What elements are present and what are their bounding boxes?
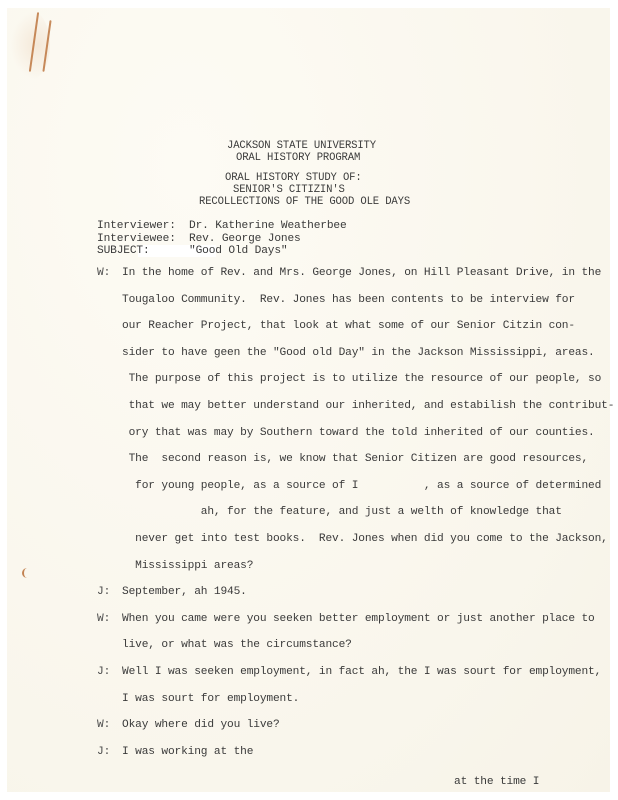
- transcript-line: Tougaloo Community. Rev. Jones has been …: [122, 295, 575, 306]
- speaker-label: W:: [97, 614, 110, 625]
- transcript-line: Mississippi areas?: [122, 561, 253, 572]
- interviewer-name: Dr. Katherine Weatherbee: [189, 221, 347, 232]
- subject-label: SUBJECT:: [97, 246, 150, 257]
- speaker-label: J:: [97, 587, 110, 598]
- transcript-line: sider to have geen the "Good old Day" in…: [122, 348, 595, 359]
- trailing-fragment: at the time I: [454, 777, 539, 788]
- speaker-label: W:: [97, 720, 110, 731]
- speaker-label: W:: [97, 268, 110, 279]
- interviewee-label: Interviewee:: [97, 234, 176, 245]
- transcript-line: The second reason is, we know that Senio…: [122, 454, 588, 465]
- transcript-line: In the home of Rev. and Mrs. George Jone…: [122, 268, 601, 279]
- program-title: ORAL HISTORY PROGRAM: [236, 153, 360, 164]
- transcript-line: never get into test books. Rev. Jones wh…: [122, 534, 608, 545]
- transcript-line: for young people, as a source of I , as …: [122, 481, 601, 492]
- transcript-line: live, or what was the circumstance?: [122, 640, 352, 651]
- transcript-line: Well I was seeken employment, in fact ah…: [122, 667, 601, 678]
- interviewee-name: Rev. George Jones: [189, 234, 301, 245]
- transcript-line: When you came were you seeken better emp…: [122, 614, 595, 625]
- transcript-line: that we may better understand our inheri…: [122, 401, 614, 412]
- study-title-line1: SENIOR'S CITIZIN'S: [233, 185, 345, 196]
- transcript-line: ah, for the feature, and just a welth of…: [122, 507, 562, 518]
- transcript-line: our Reacher Project, that look at what s…: [122, 321, 575, 332]
- speaker-label: J:: [97, 667, 110, 678]
- transcript-line: Okay where did you live?: [122, 720, 280, 731]
- institution-title: JACKSON STATE UNIVERSITY: [227, 141, 376, 152]
- subject-value: "Good Old Days": [189, 246, 287, 257]
- study-title-line2: RECOLLECTIONS OF THE GOOD OLE DAYS: [199, 197, 410, 208]
- transcript-line: ory that was may by Southern toward the …: [122, 428, 595, 439]
- transcript-line: I was working at the: [122, 747, 253, 758]
- transcript-line: September, ah 1945.: [122, 587, 247, 598]
- study-label: ORAL HISTORY STUDY OF:: [225, 173, 362, 184]
- margin-mark: [22, 568, 28, 578]
- transcript-line: The purpose of this project is to utiliz…: [122, 374, 601, 385]
- interviewer-label: Interviewer:: [97, 221, 176, 232]
- transcript-line: I was sourt for employment.: [122, 694, 299, 705]
- speaker-label: J:: [97, 747, 110, 758]
